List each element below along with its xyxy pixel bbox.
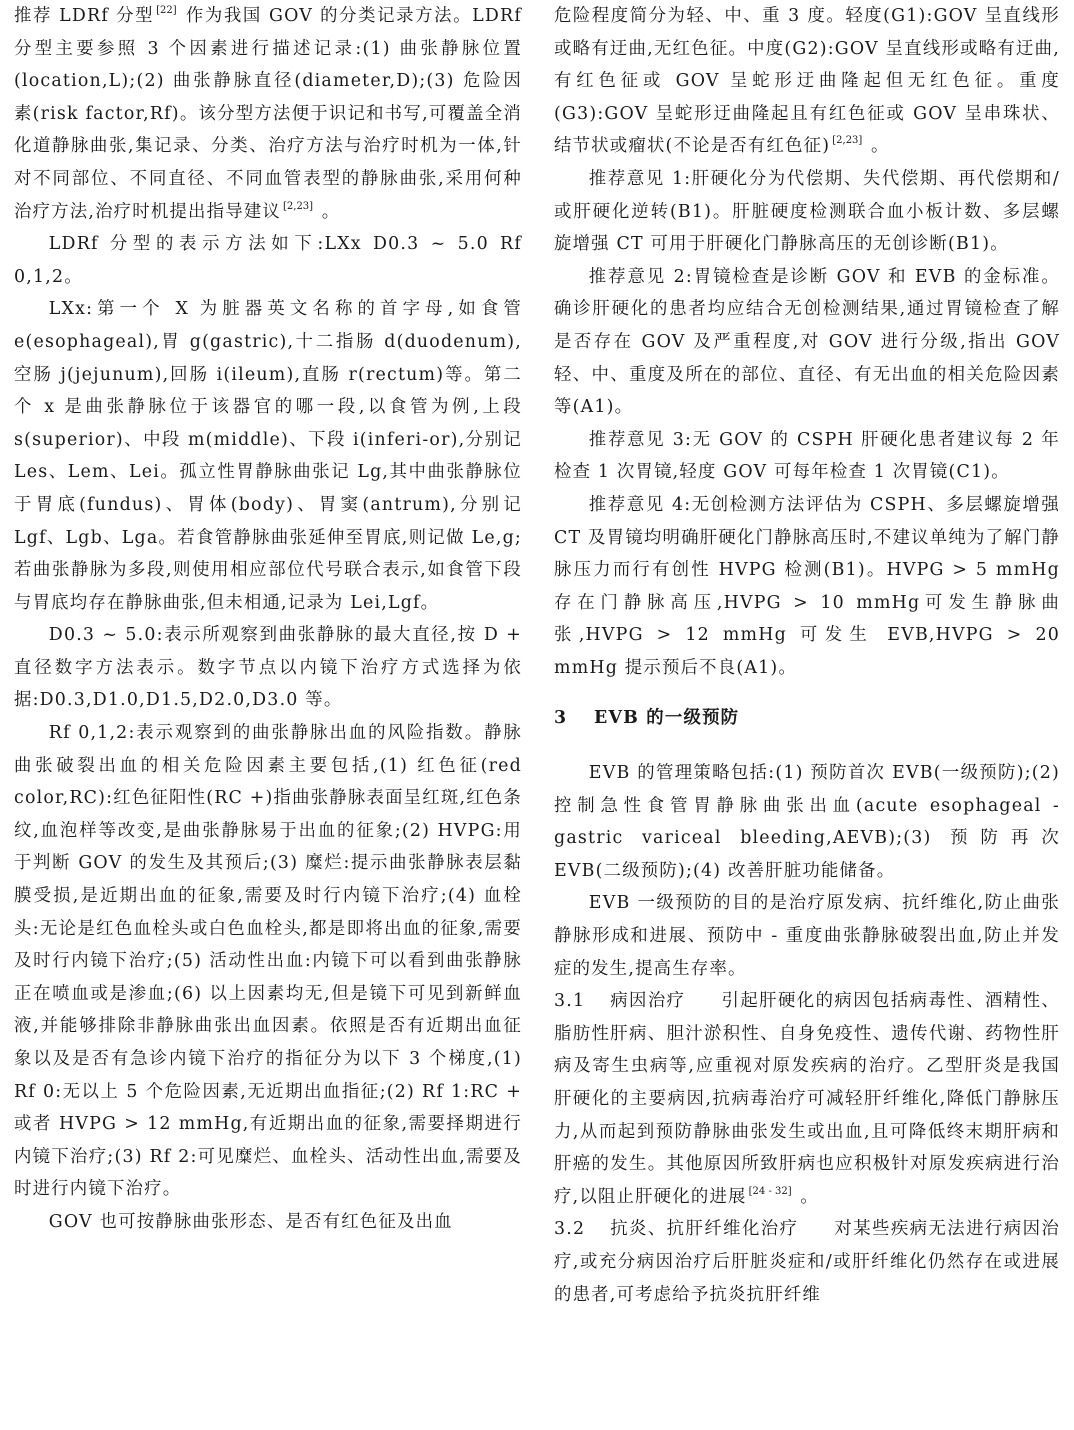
document-page: 推荐 LDRf 分型[22] 作为我国 GOV 的分类记录方法。LDRf 分型主… bbox=[0, 0, 1074, 1430]
subsection-3-2: 3.2抗炎、抗肝纤维化治疗对某些疾病无法进行病因治疗,或充分病因治疗后肝脏炎症和… bbox=[554, 1213, 1060, 1311]
subsection-number: 3.2 bbox=[554, 1213, 610, 1246]
text: 。 bbox=[794, 1187, 819, 1207]
paragraph-diameter: D0.3 ~ 5.0:表示所观察到曲张静脉的最大直径,按 D + 直径数字方法表… bbox=[14, 619, 522, 717]
text: 作为我国 GOV 的分类记录方法。LDRf 分型主要参照 3 个因素进行描述记录… bbox=[14, 6, 522, 222]
text: 推荐 LDRf 分型 bbox=[14, 6, 154, 26]
section-heading-3: 3EVB 的一级预防 bbox=[554, 702, 1060, 735]
paragraph-ldrf-format: LDRf 分型的表示方法如下:LXx D0.3 ~ 5.0 Rf 0,1,2。 bbox=[14, 228, 522, 293]
citation-ref[interactable]: [2,23] bbox=[283, 201, 313, 212]
text: 引起肝硬化的病因包括病毒性、酒精性、脂肪性肝病、胆汁淤积性、自身免疫性、遗传代谢… bbox=[554, 991, 1060, 1207]
recommendation-4: 推荐意见 4:无创检测方法评估为 CSPH、多层螺旋增强 CT 及胃镜均明确肝硬… bbox=[554, 489, 1060, 685]
paragraph-ldrf-intro: 推荐 LDRf 分型[22] 作为我国 GOV 的分类记录方法。LDRf 分型主… bbox=[14, 0, 522, 228]
section-number: 3 bbox=[554, 702, 594, 735]
recommendation-2: 推荐意见 2:胃镜检查是诊断 GOV 和 EVB 的金标准。确诊肝硬化的患者均应… bbox=[554, 261, 1060, 424]
recommendation-1: 推荐意见 1:肝硬化分为代偿期、失代偿期、再代偿期和/或肝硬化逆转(B1)。肝脏… bbox=[554, 163, 1060, 261]
recommendation-3: 推荐意见 3:无 GOV 的 CSPH 肝硬化患者建议每 2 年检查 1 次胃镜… bbox=[554, 424, 1060, 489]
citation-ref[interactable]: [22] bbox=[156, 5, 177, 16]
subsection-number: 3.1 bbox=[554, 985, 610, 1018]
text: 。 bbox=[864, 136, 889, 156]
subsection-title: 抗炎、抗肝纤维化治疗 bbox=[610, 1219, 798, 1239]
paragraph-goal: EVB 一级预防的目的是治疗原发病、抗纤维化,防止曲张静脉形成和进展、预防中 -… bbox=[554, 887, 1060, 985]
paragraph-management: EVB 的管理策略包括:(1) 预防首次 EVB(一级预防);(2) 控制急性食… bbox=[554, 757, 1060, 887]
citation-ref[interactable]: [24 - 32] bbox=[749, 1186, 792, 1197]
citation-ref[interactable]: [2,23] bbox=[832, 135, 862, 146]
paragraph-gov-grading-start: GOV 也可按静脉曲张形态、是否有红色征及出血 bbox=[14, 1206, 522, 1239]
right-column: 危险程度简分为轻、中、重 3 度。轻度(G1):GOV 呈直线形或略有迂曲,无红… bbox=[554, 0, 1060, 1311]
paragraph-gov-grading-cont: 危险程度简分为轻、中、重 3 度。轻度(G1):GOV 呈直线形或略有迂曲,无红… bbox=[554, 0, 1060, 163]
section-title: EVB 的一级预防 bbox=[594, 708, 739, 728]
subsection-title: 病因治疗 bbox=[610, 991, 686, 1011]
paragraph-risk-factor: Rf 0,1,2:表示观察到的曲张静脉出血的风险指数。静脉曲张破裂出血的相关危险… bbox=[14, 717, 522, 1206]
paragraph-lxx: LXx:第一个 X 为脏器英文名称的首字母,如食管 e(esophageal),… bbox=[14, 293, 522, 619]
text: 危险程度简分为轻、中、重 3 度。轻度(G1):GOV 呈直线形或略有迂曲,无红… bbox=[554, 6, 1060, 156]
subsection-3-1: 3.1病因治疗引起肝硬化的病因包括病毒性、酒精性、脂肪性肝病、胆汁淤积性、自身免… bbox=[554, 985, 1060, 1213]
text: 。 bbox=[315, 202, 340, 222]
left-column: 推荐 LDRf 分型[22] 作为我国 GOV 的分类记录方法。LDRf 分型主… bbox=[14, 0, 522, 1239]
